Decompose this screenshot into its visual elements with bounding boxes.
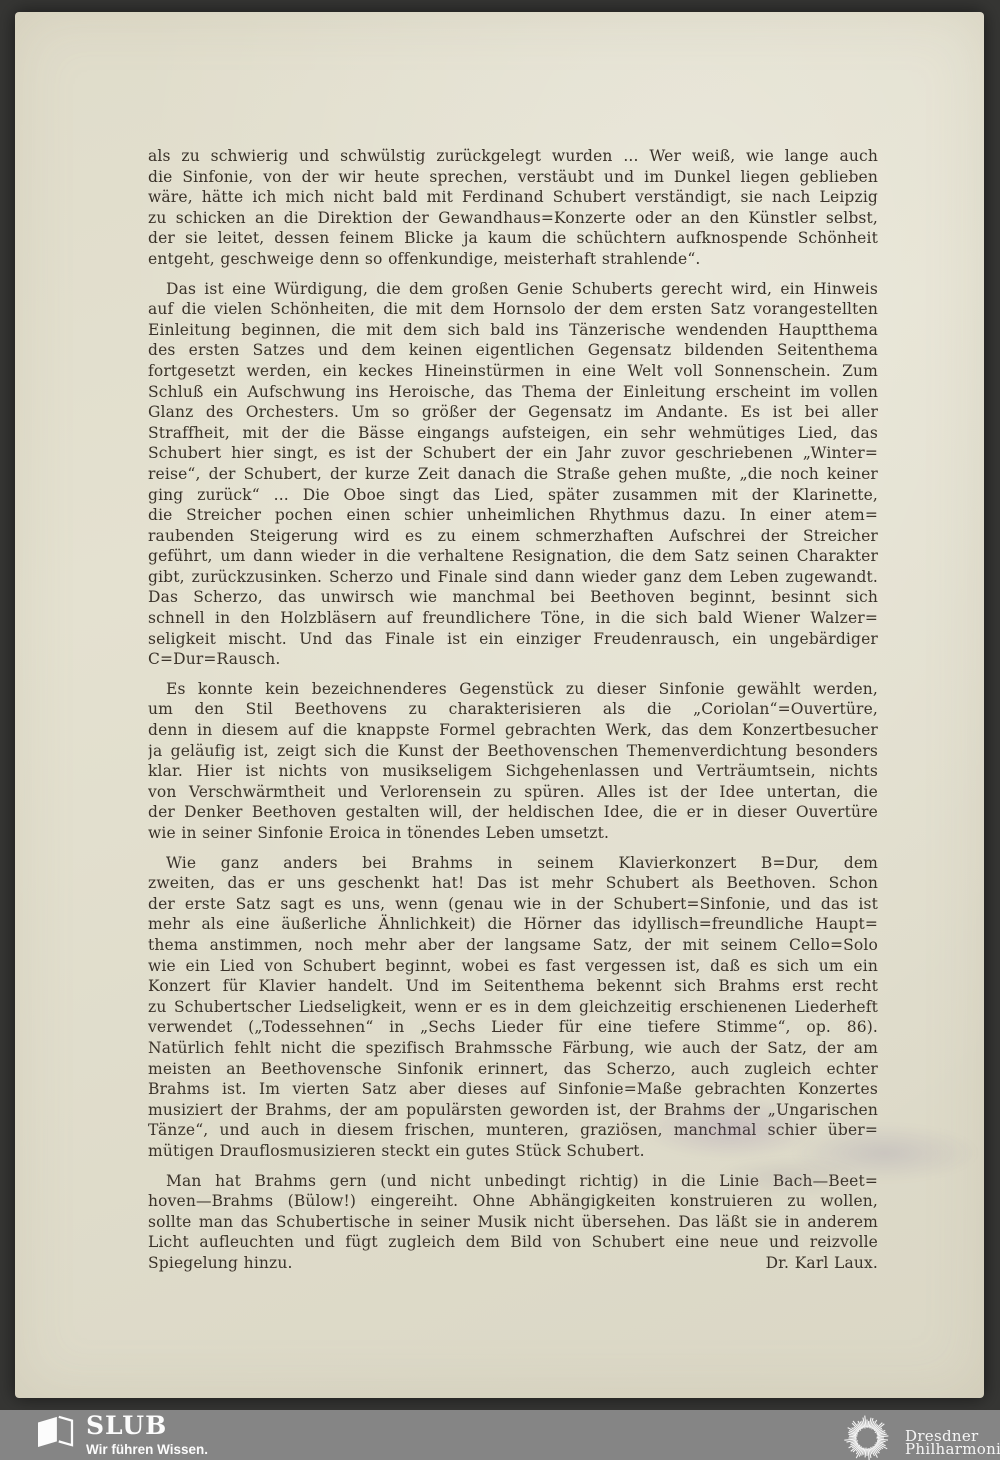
text-line: entgeht, geschweige denn so offenkundige… xyxy=(148,249,878,270)
paragraph: Man hat Brahms gern (und nicht unbedingt… xyxy=(148,1171,878,1274)
text-line: gibt, zurückzusinken. Scherzo und Finale… xyxy=(148,567,878,588)
text-line: Es konnte kein bezeichnenderes Gegenstüc… xyxy=(148,679,878,700)
starburst-ring-icon xyxy=(842,1413,892,1460)
footer-bar: SLUB Wir führen Wissen. Dresdner Philhar… xyxy=(0,1410,1000,1460)
text-line: zu schicken an die Direktion der Gewandh… xyxy=(148,208,878,229)
text-line: seligkeit mischt. Und das Finale ist ein… xyxy=(148,629,878,650)
text-line: Einleitung beginnen, die mit dem sich ba… xyxy=(148,320,878,341)
text-line: verwendet („Todessehnen“ in „Sechs Liede… xyxy=(148,1017,878,1038)
text-line: meisten an Beethovensche Sinfonik erinne… xyxy=(148,1059,878,1080)
text-line: Das Scherzo, das unwirsch wie manchmal b… xyxy=(148,587,878,608)
text-line: wäre, hätte ich mich nicht bald mit Ferd… xyxy=(148,187,878,208)
paragraph: Es konnte kein bezeichnenderes Gegenstüc… xyxy=(148,679,878,844)
text-line: als zu schwierig und schwülstig zurückge… xyxy=(148,146,878,167)
text-line: Glanz des Orchesters. Um so größer der G… xyxy=(148,402,878,423)
text-line: ging zurück“ ... Die Oboe singt das Lied… xyxy=(148,485,878,506)
slub-wordmark: SLUB xyxy=(86,1412,208,1439)
author-signature: Dr. Karl Laux. xyxy=(766,1253,878,1274)
text-line: des ersten Satzes und dem keinen eigentl… xyxy=(148,340,878,361)
text-line: Man hat Brahms gern (und nicht unbedingt… xyxy=(148,1171,878,1192)
text-line: Licht aufleuchten und fügt zugleich dem … xyxy=(148,1232,878,1253)
page-text: als zu schwierig und schwülstig zurückge… xyxy=(148,146,878,1273)
text-line: Straffheit, mit der die Bässe eingangs a… xyxy=(148,423,878,444)
text-line: reise“, der Schubert, der kurze Zeit dan… xyxy=(148,464,878,485)
text-line: Natürlich fehlt nicht die spezifisch Bra… xyxy=(148,1038,878,1059)
text-line: der erste Satz sagt es uns, wenn (genau … xyxy=(148,894,878,915)
philharmonie-name: Dresdner Philharmonie xyxy=(905,1430,1000,1456)
text-line: Schluß ein Aufschwung ins Heroische, das… xyxy=(148,382,878,403)
text-line: mehr als eine äußerliche Ähnlichkeit) di… xyxy=(148,914,878,935)
text-line: wie in seiner Sinfonie Eroica in tönende… xyxy=(148,823,878,844)
text-line: wie ein Lied von Schubert beginnt, wobei… xyxy=(148,956,878,977)
text-line: geführt, um dann wieder in die verhalten… xyxy=(148,546,878,567)
text-line: zweiten, das er uns geschenkt hat! Das i… xyxy=(148,873,878,894)
scanned-page: als zu schwierig und schwülstig zurückge… xyxy=(15,12,984,1398)
text-line: Schubert hier singt, es ist der Schubert… xyxy=(148,443,878,464)
text-line: schnell in den Holzbläsern auf freundlic… xyxy=(148,608,878,629)
text-line: Spiegelung hinzu. xyxy=(148,1253,293,1274)
text-line: denn in diesem auf die knappste Formel g… xyxy=(148,720,878,741)
text-line: Konzert für Klavier handelt. Und im Seit… xyxy=(148,976,878,997)
slub-logo[interactable]: SLUB Wir führen Wissen. xyxy=(36,1412,208,1457)
text-line: zu Schubertscher Liedseligkeit, wenn er … xyxy=(148,997,878,1018)
text-line: Brahms ist. Im vierten Satz aber dieses … xyxy=(148,1079,878,1100)
open-book-icon xyxy=(36,1414,74,1448)
text-line: sollte man das Schubertische in seiner M… xyxy=(148,1212,878,1233)
text-line: die Sinfonie, von der wir heute sprechen… xyxy=(148,167,878,188)
text-line: auf die vielen Schönheiten, die mit dem … xyxy=(148,299,878,320)
paragraph: als zu schwierig und schwülstig zurückge… xyxy=(148,146,878,270)
paragraph: Wie ganz anders bei Brahms in seinem Kla… xyxy=(148,853,878,1162)
text-line: der Denker Beethoven gestalten will, der… xyxy=(148,802,878,823)
text-line: um den Stil Beethovens zu charakterisier… xyxy=(148,699,878,720)
text-line: Wie ganz anders bei Brahms in seinem Kla… xyxy=(148,853,878,874)
text-line: von Verschwärmtheit und Verlorensein zu … xyxy=(148,782,878,803)
slub-tagline: Wir führen Wissen. xyxy=(86,1442,208,1457)
paragraph: Das ist eine Würdigung, die dem großen G… xyxy=(148,279,878,670)
text-line: fortgesetzt werden, ein keckes Hineinstü… xyxy=(148,361,878,382)
philharmonie-name-line2: Philharmonie xyxy=(905,1443,1000,1456)
text-line: musiziert der Brahms, der am populärsten… xyxy=(148,1100,878,1121)
text-line: mütigen Drauflosmusizieren steckt ein gu… xyxy=(148,1141,878,1162)
text-line: der sie leitet, dessen feinem Blicke ja … xyxy=(148,228,878,249)
text-line: Tänze“, und auch in diesem frischen, mun… xyxy=(148,1120,878,1141)
philharmonie-logo[interactable]: Dresdner Philharmonie xyxy=(842,1410,1000,1460)
text-line: die Streicher pochen einen schier unheim… xyxy=(148,505,878,526)
text-line: ja geläufig ist, zeigt sich die Kunst de… xyxy=(148,741,878,762)
text-line: C=Dur=Rausch. xyxy=(148,649,878,670)
text-line: thema anstimmen, noch mehr aber der lang… xyxy=(148,935,878,956)
text-line: raubenden Steigerung wird es zu einem sc… xyxy=(148,526,878,547)
text-line: klar. Hier ist nichts von musikseligem S… xyxy=(148,761,878,782)
text-line: Spiegelung hinzu.Dr. Karl Laux. xyxy=(148,1253,878,1274)
text-line: hoven—Brahms (Bülow!) eingereiht. Ohne A… xyxy=(148,1191,878,1212)
text-line: Das ist eine Würdigung, die dem großen G… xyxy=(148,279,878,300)
